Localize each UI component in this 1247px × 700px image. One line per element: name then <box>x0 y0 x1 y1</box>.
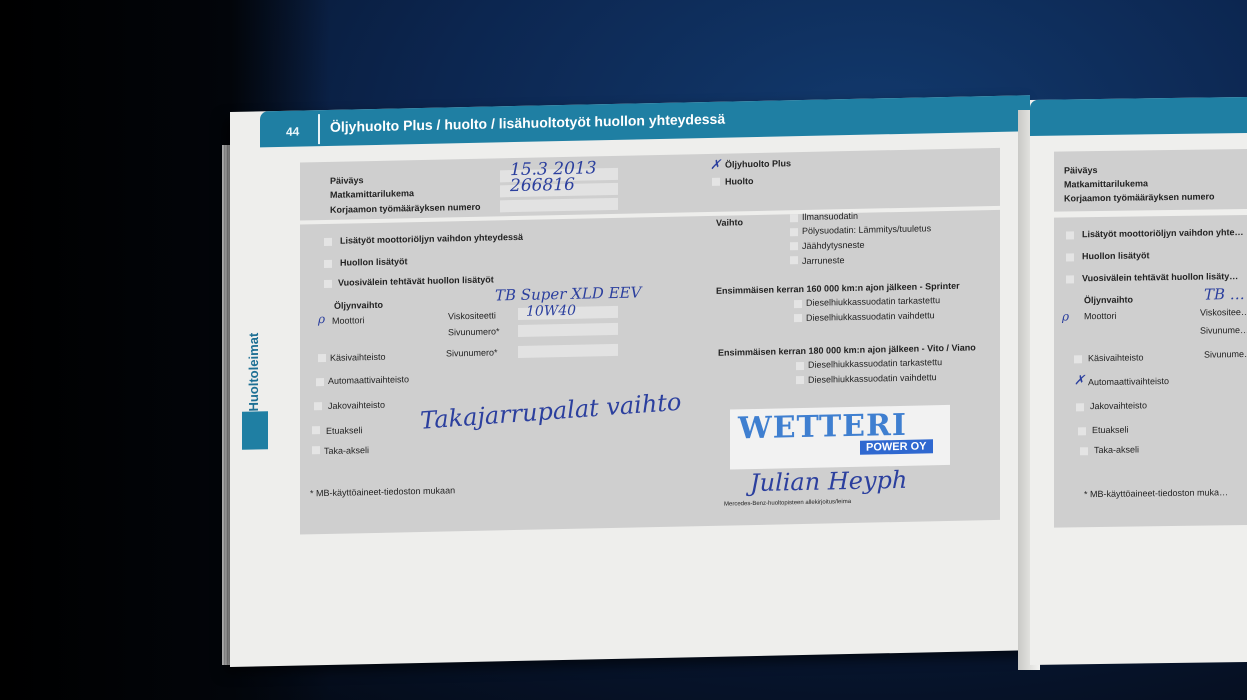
manual-gearbox-label: Käsivaihteisto <box>1088 352 1144 363</box>
handwritten-note: Takajarrupalat vaihto <box>419 388 682 435</box>
checkbox[interactable] <box>794 300 802 308</box>
left-page: 44 Öljyhuolto Plus / huolto / lisähuolto… <box>230 95 1030 667</box>
checkbox[interactable] <box>314 402 322 410</box>
checkbox[interactable] <box>796 362 804 370</box>
viscosity-label: Viskositeetti <box>448 310 496 321</box>
checkbox[interactable] <box>790 214 798 222</box>
replacement-item: Jarruneste <box>802 255 845 266</box>
drivetrain-label: Automaattivaihteisto <box>1088 376 1169 387</box>
header-panel: Päiväys 15.3 2013 Matkamittarilukema 266… <box>300 148 1000 221</box>
manual-page-label: Sivunumero* <box>446 347 498 358</box>
replacement-heading: Vaihto <box>716 217 743 228</box>
vito-item: Dieselhiukkassuodatin tarkastettu <box>808 357 942 370</box>
checkbox[interactable] <box>794 314 802 322</box>
drivetrain-label: Taka-akseli <box>1094 444 1139 455</box>
signature: Julian Heyph <box>750 466 907 497</box>
checkbox[interactable] <box>790 256 798 264</box>
drivetrain-label: Etuakseli <box>1092 425 1129 436</box>
viscosity-label: Viskositee… <box>1200 307 1247 318</box>
page-number: 44 <box>286 125 299 139</box>
page-field[interactable] <box>518 323 618 337</box>
checkbox[interactable] <box>1078 427 1086 435</box>
footnote: * MB-käyttöaineet-tiedoston mukaan <box>310 485 455 498</box>
engine-label: Moottori <box>1084 311 1117 321</box>
manual-gearbox-checkbox[interactable] <box>318 354 326 362</box>
manual-page-label: Sivunume… <box>1204 349 1247 360</box>
checkbox[interactable] <box>324 238 332 246</box>
check-mark-engine: ρ <box>318 312 325 326</box>
stamp-subtitle: POWER OY <box>860 439 933 455</box>
drivetrain-label: Etuakseli <box>326 425 363 436</box>
huolto-label: Huolto <box>725 176 754 187</box>
page-header-banner: 44 Öljyhuolto Plus / huolto / lisähuolto… <box>260 95 1030 147</box>
replacement-item: Ilmansuodatin <box>802 211 858 222</box>
oil-change-heading: Öljynvaihto <box>1084 295 1133 306</box>
checkbox[interactable] <box>1074 355 1082 363</box>
checkbox[interactable] <box>324 280 332 288</box>
extra-work-label: Huollon lisätyöt <box>1082 250 1150 261</box>
right-header-panel: Päiväys Matkamittarilukema Korjaamon työ… <box>1054 149 1247 212</box>
right-main-panel: Lisätyöt moottoriöljyn vaihdon yhte… Huo… <box>1054 215 1247 528</box>
right-page: Päiväys Matkamittarilukema Korjaamon työ… <box>1030 97 1247 665</box>
checkbox[interactable] <box>790 228 798 236</box>
date-label: Päiväys <box>330 175 364 186</box>
odometer-label: Matkamittarilukema <box>1064 178 1148 189</box>
manual-page-field[interactable] <box>518 344 618 358</box>
extra-work-label: Vuosivälein tehtävät huollon lisätyöt <box>338 274 494 287</box>
checkbox[interactable] <box>1066 231 1074 239</box>
sprinter-heading: Ensimmäisen kerran 160 000 km:n ajon jäl… <box>716 281 960 296</box>
drivetrain-label: Jakovaihteisto <box>1090 400 1147 411</box>
sprinter-item: Dieselhiukkassuodatin tarkastettu <box>806 295 940 308</box>
side-tab-label: Huoltoleimat <box>246 333 261 412</box>
date-label: Päiväys <box>1064 165 1098 175</box>
checkbox[interactable] <box>1066 275 1074 283</box>
checkbox[interactable] <box>1066 253 1074 261</box>
side-tab-marker <box>242 411 268 450</box>
service-booklet: 44 Öljyhuolto Plus / huolto / lisähuolto… <box>0 0 1247 700</box>
page-title: Öljyhuolto Plus / huolto / lisähuoltotyö… <box>330 111 725 135</box>
banner-divider <box>318 114 320 144</box>
oil-brand-value: TB Super XLD EEV <box>495 283 641 304</box>
vito-heading: Ensimmäisen kerran 180 000 km:n ajon jäl… <box>718 342 976 357</box>
odometer-value: 266816 <box>510 175 575 196</box>
footnote: * MB-käyttöaineet-tiedoston muka… <box>1084 487 1228 499</box>
right-page-banner <box>1030 97 1247 136</box>
replacement-item: Jäähdytysneste <box>802 240 865 251</box>
order-label: Korjaamon työmääräyksen numero <box>330 202 481 215</box>
checkbox[interactable] <box>796 376 804 384</box>
check-mark-automatic: ✗ <box>1074 373 1085 388</box>
dealer-stamp: WETTERI POWER OY <box>730 405 950 470</box>
checkbox[interactable] <box>1080 447 1088 455</box>
checkbox[interactable] <box>312 426 320 434</box>
order-label: Korjaamon työmääräyksen numero <box>1064 191 1215 203</box>
drivetrain-label: Jakovaihteisto <box>328 400 385 411</box>
oil-change-heading: Öljynvaihto <box>334 300 383 311</box>
extra-work-label: Lisätyöt moottoriöljyn vaihdon yhte… <box>1082 227 1244 239</box>
manual-gearbox-label: Käsivaihteisto <box>330 352 386 363</box>
oil-brand-value: TB … <box>1204 285 1245 304</box>
replacement-item: Pölysuodatin: Lämmitys/tuuletus <box>802 223 931 236</box>
order-field[interactable] <box>500 198 618 212</box>
odometer-label: Matkamittarilukema <box>330 188 414 200</box>
checkbox[interactable] <box>316 378 324 386</box>
page-label: Sivunumero* <box>448 326 500 337</box>
engine-label: Moottori <box>332 315 365 326</box>
checkbox[interactable] <box>312 446 320 454</box>
check-mark-engine: ρ <box>1062 309 1069 323</box>
checkbox[interactable] <box>324 260 332 268</box>
sprinter-item: Dieselhiukkassuodatin vaihdettu <box>806 310 935 323</box>
checkbox[interactable] <box>1076 403 1084 411</box>
checkbox[interactable] <box>790 242 798 250</box>
viscosity-value: 10W40 <box>526 303 576 320</box>
drivetrain-label: Taka-akseli <box>324 445 369 456</box>
oil-plus-label: Öljyhuolto Plus <box>725 158 791 169</box>
extra-work-label: Vuosivälein tehtävät huollon lisäty… <box>1082 271 1238 283</box>
vito-item: Dieselhiukkassuodatin vaihdettu <box>808 372 937 385</box>
drivetrain-label: Automaattivaihteisto <box>328 374 409 386</box>
check-mark-oil-plus: ✗ <box>710 158 721 173</box>
huolto-checkbox[interactable] <box>712 178 720 186</box>
extra-work-label: Lisätyöt moottoriöljyn vaihdon yhteydess… <box>340 232 523 246</box>
extra-work-label: Huollon lisätyöt <box>340 256 408 267</box>
page-label: Sivunume… <box>1200 325 1247 336</box>
